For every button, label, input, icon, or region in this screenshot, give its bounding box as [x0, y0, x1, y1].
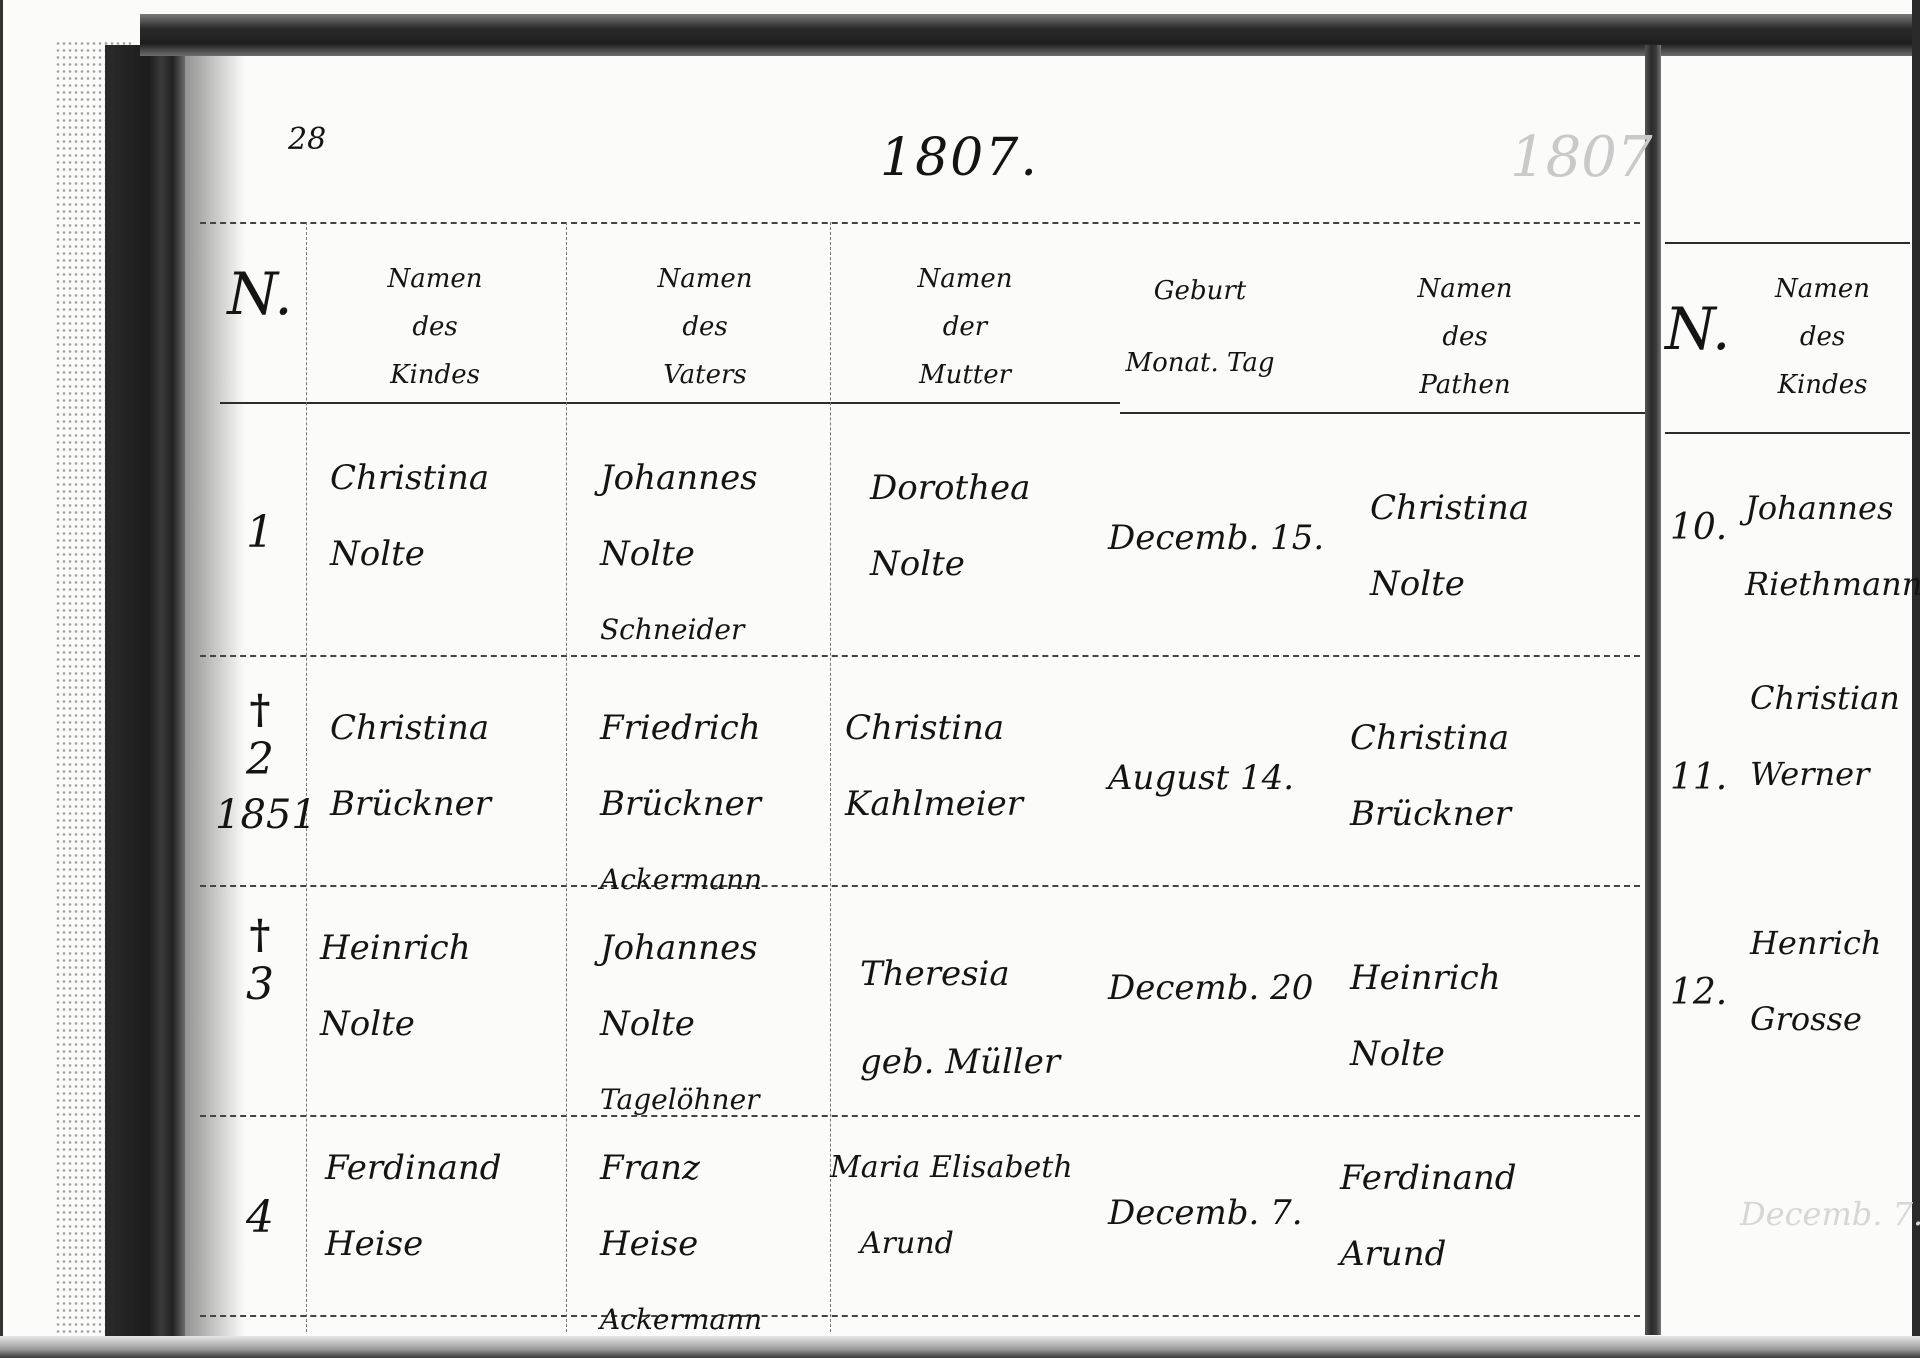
right-entry-10-child: Johannes Riethmann: [1745, 470, 1920, 622]
entry-4-father-occupation: Ackermann: [600, 1282, 762, 1358]
right-header-child-name: Namen des Kindes: [1725, 265, 1920, 409]
cross-icon: †: [215, 915, 305, 955]
entry-2-godparent: Christina Brückner: [1350, 700, 1511, 852]
entry-3-birth-date: Decemb. 20: [1108, 950, 1313, 1026]
column-rule-no: [306, 222, 307, 1332]
book-binding-left: [105, 45, 185, 1340]
right-header-top-rule: [1665, 242, 1910, 244]
entry-1-godparent: Christina Nolte: [1370, 470, 1529, 622]
header-number: N.: [215, 270, 305, 318]
entry-3-mother: Theresia geb. Müller: [860, 930, 1060, 1106]
entry-2-birth-date: August 14.: [1108, 740, 1294, 816]
entry-1-number: 1: [215, 495, 305, 571]
scan-bottom-edge: [0, 1336, 1920, 1358]
page-divider-spine: [1645, 45, 1661, 1335]
entry-4-birth-date: Decemb. 7.: [1108, 1175, 1303, 1251]
header-father-name: Namen des Vaters: [580, 255, 830, 399]
entry-4-number: 4: [215, 1180, 305, 1256]
entry-1-father-occupation: Schneider: [600, 592, 758, 668]
entry-4-godparent: Ferdinand Arund: [1340, 1140, 1517, 1292]
entry-2-mother: Christina Kahlmeier: [845, 690, 1023, 842]
entry-2-father-occupation: Ackermann: [600, 842, 762, 918]
entry-1-birth-date: Decemb. 15.: [1108, 500, 1324, 576]
entry-1-mother: Dorothea Nolte: [870, 450, 1030, 602]
right-entry-12-child: Henrich Grosse: [1750, 905, 1882, 1057]
entry-4-father: Franz Heise Ackermann: [600, 1130, 762, 1358]
entry-3-child: Heinrich Nolte: [320, 910, 471, 1062]
right-entry-11-child: Christian Werner: [1750, 660, 1900, 812]
entry-3-godparent: Heinrich Nolte: [1350, 940, 1501, 1092]
row-rule-4: [200, 1315, 1640, 1317]
right-header-number: N.: [1665, 305, 1725, 353]
cross-icon: †: [215, 690, 305, 730]
entry-1-father: Johannes Nolte Schneider: [600, 440, 758, 668]
entry-1-child: Christina Nolte: [330, 440, 489, 592]
header-child-name: Namen des Kindes: [310, 255, 560, 399]
bleed-through-text: Decemb. 7.: [1740, 1195, 1920, 1233]
row-rule-1: [200, 655, 1640, 657]
right-header-bottom-rule: [1665, 432, 1910, 434]
header-godparent-name: Namen des Pathen: [1340, 265, 1590, 409]
entry-3-father: Johannes Nolte Tagelöhner: [600, 910, 760, 1138]
right-entry-12-number: 12.: [1670, 955, 1727, 1031]
entry-3-number: † 3: [215, 915, 305, 1015]
right-entry-10-number: 10.: [1670, 490, 1727, 566]
header-bottom-rule-right: [1120, 412, 1645, 414]
scan-left-edge: [0, 0, 3, 1358]
entry-4-child: Ferdinand Heise: [325, 1130, 502, 1282]
row-rule-2: [200, 885, 1640, 887]
header-birth-date: Geburt Monat. Tag: [1100, 255, 1300, 399]
scan-right-edge: [1912, 0, 1920, 1358]
entry-2-child: Christina Brückner: [330, 690, 491, 842]
entry-2-number: † 2 1851: [215, 690, 305, 840]
entry-3-father-occupation: Tagelöhner: [600, 1062, 760, 1138]
register-year: 1807.: [880, 128, 1039, 188]
row-rule-3: [200, 1115, 1640, 1117]
entry-4-mother: Maria Elisabeth Arund: [830, 1130, 1073, 1282]
bleed-through-year: 1807: [1510, 125, 1653, 190]
entry-2-death-year: 1851: [215, 790, 305, 840]
right-entry-11-number: 11.: [1670, 740, 1727, 816]
header-top-rule: [200, 222, 1640, 224]
column-rule-child: [566, 222, 567, 1332]
page-number: 28: [288, 122, 326, 157]
header-mother-name: Namen der Mutter: [840, 255, 1090, 399]
entry-2-father: Friedrich Brückner Ackermann: [600, 690, 762, 918]
header-bottom-rule: [220, 402, 1120, 404]
